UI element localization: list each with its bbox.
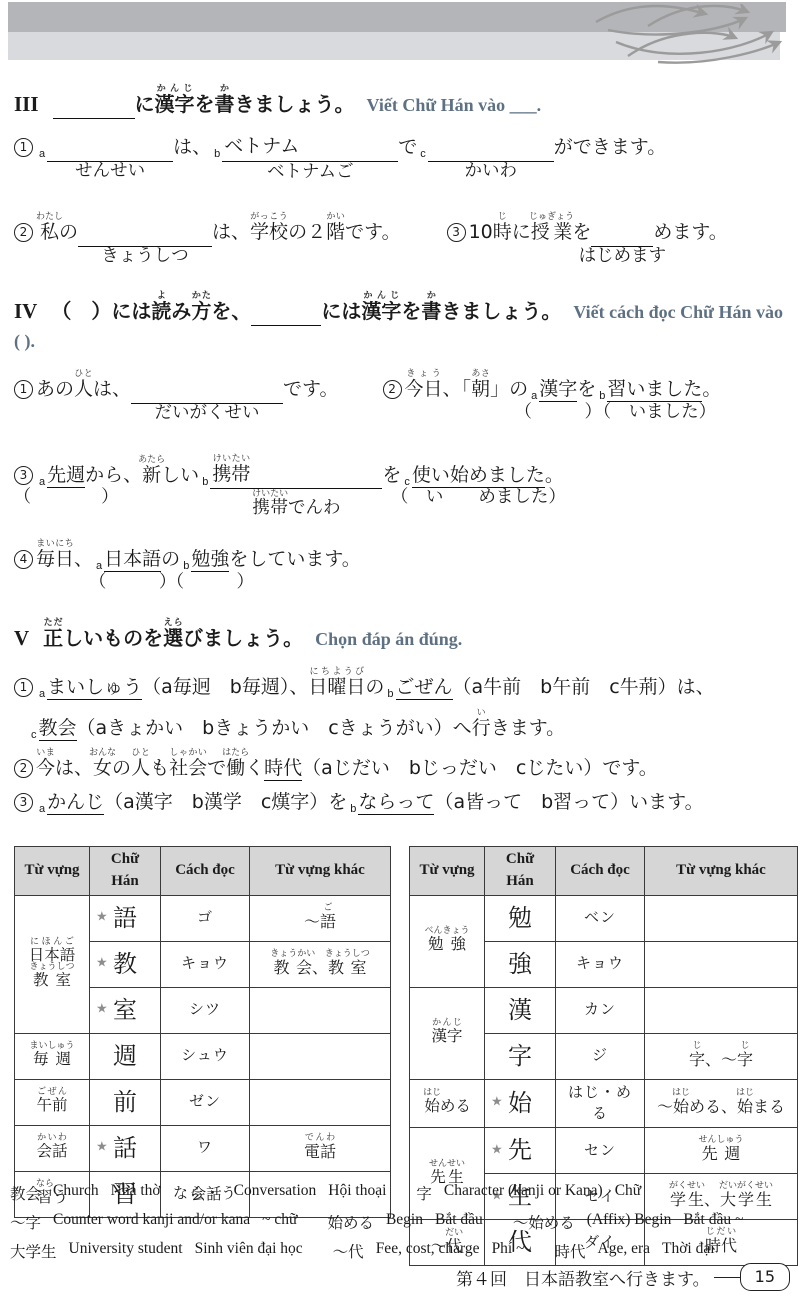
circled-number: 3 [14,466,33,485]
text-run: （ ）には [51,299,151,323]
table-row: 先生せんせい★先セン先週せんしゅう [410,1128,798,1174]
text-run: の [161,548,180,570]
reading-cell: ゴ [161,895,250,941]
text-run: 毎週まいしゅう [29,1050,74,1068]
text-run: ができます。 [554,136,666,158]
text-run: に [135,92,155,116]
exercise-5-item-1-line-2: c教会（aきょかい bきょうかい cきょうがい）へ行いきます。 [14,708,792,743]
text-run: 先週せんしゅう [698,1144,743,1163]
text-run: の２ [288,221,326,243]
answer-hint: （ い めました） [391,487,566,508]
other-words-cell [645,941,798,987]
text-run: 授業じゅぎょう [531,221,573,243]
glossary-gloss-en: Conversation [234,1182,317,1204]
glossary-gloss-en: Fee, cost, charge [376,1240,480,1262]
text-run: 読よ [151,299,171,323]
exercise-5-item-1-line-1: 1aまいしゅう（a毎迥 b毎週）、日曜日にちようびのbごぜん（a牛前 b午前 c… [14,667,792,702]
exercise-4-item-4: 4毎日まいにち、a日本語（ ）のb勉強（ ）をしています。 [14,539,792,574]
other-words-cell: ～語ご [250,895,391,941]
glossary-gloss-vi: ~ chữ [262,1211,297,1233]
text-run: 正ただ [43,626,63,650]
text-run: を、 [211,299,251,323]
glossary-term-jp: 教会 [10,1182,41,1204]
answer-hint: かいわ [465,161,518,182]
section-3-heading: IIIに漢字かんじを書かきましょう。Viết Chữ Hán vào ___. [14,84,792,119]
text-run: 学校がっこう [250,221,288,243]
word-cell: 勉強べんきょう [410,895,485,987]
table-row: 始はじめる★始はじ・める～始はじめる、始はじまる [410,1079,798,1128]
text-run: 教会きょうかい [270,958,312,977]
underlined-answer: 勉強（ ） [191,548,229,572]
text-run: 電話でんわ [304,1142,336,1161]
text-run: を [577,378,596,400]
vocab-table-left: Từ vựngChữ HánCách đọcTừ vựng khác日本語にほん… [14,846,391,1218]
other-words-cell [250,1079,391,1125]
text-run: 人ひと [74,378,93,400]
section-4-instruction-jp: （ ）には読よみ方かたを、には漢字かんじを書かきましょう。 [51,299,561,323]
star-icon: ★ [96,1139,108,1158]
other-words-cell [645,895,798,941]
text-run: から、 [85,464,142,486]
blank-line: はじめます [591,246,653,247]
page-footer: 第４回 日本語教室へ行きます。 15 [456,1263,790,1291]
reading-cell: ワ [161,1125,250,1171]
text-run: 教室きょうしつ [29,971,74,989]
glossary-gloss-vi: Chữ [615,1182,642,1204]
option-letter: a [39,148,45,160]
glossary-term-jp: ～始める [513,1211,575,1233]
text-run: を [572,221,591,243]
text-run: 朝あさ [471,378,490,400]
text-run: を [401,299,421,323]
option-letter: c [420,148,426,160]
star-icon: ★ [491,1094,503,1113]
circled-number: 1 [14,138,33,157]
reading-cell: セン [556,1128,645,1174]
kanji-cell: ★先 [485,1128,556,1174]
swoosh-arrows-icon [588,4,788,66]
answer-hint: （ ） [14,487,119,508]
text-run: まる [753,1097,785,1116]
star-icon: ★ [96,955,108,974]
text-run: 始はじ [423,1097,440,1115]
text-run: ～ [304,912,320,931]
kanji-cell: 強 [485,941,556,987]
text-run: しいものを [63,626,163,650]
glossary-entry: 大学生University studentSinh viên đại học [10,1240,303,1262]
blank-line: きょうしつ [78,246,212,247]
section-3-instruction-vi: Viết Chữ Hán vào ___. [367,95,542,115]
text-run: きましょう。 [235,92,355,116]
kanji-cell: ★話 [90,1125,161,1171]
text-run: の [365,676,384,698]
text-run: 今いま [36,757,55,779]
text-run: は、 [55,757,93,779]
option-letter: a [531,390,537,402]
table-header: Chữ Hán [90,847,161,896]
text-run: （aきょかい bきょうかい cきょうがい）へ [77,717,472,739]
word-cell: 午前ごぜん [15,1079,90,1125]
reading-cell: シュウ [161,1033,250,1079]
text-run: を [195,92,215,116]
text-run: は、 [173,136,211,158]
answer-hint: （ いました） [594,402,717,423]
text-run: 行い [472,717,491,739]
text-run: には [321,299,361,323]
text-run: 働はたら [226,757,245,779]
glossary-gloss-en: Counter word kanji and/or kana [53,1211,250,1233]
section-5-instruction-jp: 正ただしいものを選えらびましょう。 [43,626,303,650]
kanji-cell: 字 [485,1033,556,1079]
table-header: Từ vựng [15,847,90,896]
glossary-gloss-en: Begin [386,1211,423,1233]
other-words-cell: 電話でんわ [250,1125,391,1171]
circled-number: 1 [14,678,33,697]
blank-line [53,118,135,119]
option-letter: b [350,803,356,815]
underlined-answer: まいしゅう [47,676,142,700]
kanji-cell: 週 [90,1033,161,1079]
underlined-answer: 使い始めました（ い めました） [412,464,545,488]
glossary-term-jp: 大学生 [10,1240,57,1262]
underlined-answer: 先週（ ） [47,464,85,488]
blank-line: だいがくせい [131,403,283,404]
reading-cell: シツ [161,987,250,1033]
other-words-cell [250,987,391,1033]
text-run: 社会しゃかい [169,757,207,779]
answer-hint: きょうしつ [101,246,189,267]
text-run: 、「 [443,378,472,400]
text-run: を [382,464,401,486]
section-3-numeral: III [14,92,39,116]
glossary-entry: 時代Age, eraThời đại [555,1240,715,1262]
underlined-answer: 習いました（ いました） [607,378,702,402]
text-run: 時じ [493,221,512,243]
table-header: Cách đọc [556,847,645,896]
text-run: 私わたし [36,221,59,243]
page-number: 15 [740,1263,790,1291]
table-row: 日本語にほんご教室きょうしつ★語ゴ～語ご [15,895,391,941]
circled-number: 2 [14,759,33,778]
table-header: Chữ Hán [485,847,556,896]
text-run: める、 [689,1097,737,1116]
table-header: Từ vựng khác [250,847,391,896]
kanji-cell: ★教 [90,941,161,987]
text-run: に [512,221,531,243]
text-run: 始はじ [673,1097,689,1116]
glossary-entry: 会話ConversationHội thoại [191,1182,387,1204]
other-words-cell: ～始はじめる、始はじまる [645,1079,798,1128]
reading-cell: キョウ [556,941,645,987]
underlined-answer: 時代 [264,757,302,781]
circled-number: 3 [14,793,33,812]
glossary-gloss-en: Church [53,1182,99,1204]
option-letter: a [96,560,102,572]
text-run: 今日きょう [405,378,443,400]
underlined-answer: 日本語（ ） [104,548,161,572]
glossary-entry: ～代Fee, cost, chargePhí ~ [333,1240,525,1262]
glossary-gloss-vi: Phí ~ [492,1240,525,1262]
reading-cell: はじ・める [556,1079,645,1128]
section-5-heading: V正ただしいものを選えらびましょう。Chọn đáp án đúng. [14,618,792,653]
text-run: ～ [657,1097,673,1116]
word-cell: 始はじめる [410,1079,485,1128]
text-run: です。 [345,221,400,243]
glossary-gloss-vi: Thời đại [662,1240,715,1262]
text-run: 教室きょうしつ [328,958,370,977]
glossary: 教会ChurchNhà thờ会話ConversationHội thoại字C… [10,1182,792,1269]
text-run: （aじだい bじっだい cじたい）です。 [302,757,658,779]
answer-hint: （ ） [514,402,602,423]
section-4-heading: IV（ ）には読よみ方かたを、には漢字かんじを書かきましょう。Viết cách… [14,291,792,355]
blank-line [251,325,321,326]
exercise-4-item-3: 3a先週（ ）から、新あたらしいb携帯けいたい携帯けいたいでんわをc使い始めまし… [14,454,792,490]
text-run: 会話かいわ [36,1142,67,1160]
circled-number: 2 [14,223,33,242]
underlined-answer: ごぜん [396,676,453,700]
glossary-gloss-vi: Nhà thờ [111,1182,161,1204]
answer-hint: 携帯けいたいでんわ [252,489,340,519]
text-run: で [398,136,417,158]
glossary-term-jp: ～代 [333,1240,364,1262]
worksheet-content: IIIに漢字かんじを書かきましょう。Viết Chữ Hán vào ___. … [14,84,792,1266]
glossary-gloss-vi: Sinh viên đại học [195,1240,303,1262]
glossary-line: ～字Counter word kanji and/or kana~ chữ始める… [10,1211,792,1233]
text-run: める [440,1097,471,1115]
other-words-cell: 先週せんしゅう [645,1128,798,1174]
section-5-instruction-vi: Chọn đáp án đúng. [315,629,462,649]
text-run: 書か [215,92,235,116]
blank-line: ベトナムベトナムご [222,133,398,162]
blank-line: かいわ [428,161,554,162]
kanji-cell: 勉 [485,895,556,941]
exercise-5-item-2: 2今いまは、女おんなの人ひとも社会しゃかいで働はたらく時代（aじだい bじっだい… [14,748,792,783]
table-row: 勉強べんきょう勉ベン [410,895,798,941]
text-run: きましょう。 [441,299,561,323]
text-run: （a皆って b習って）います。 [434,791,703,813]
option-letter: b [599,390,605,402]
table-header: Từ vựng khác [645,847,798,896]
text-run: 、～ [705,1050,737,1069]
footer-lesson-title: 第４回 日本語教室へ行きます。 [456,1265,710,1290]
answer-hint: だいがくせい [155,403,260,424]
glossary-entry: 教会ChurchNhà thờ [10,1182,161,1204]
vocab-table: Từ vựngChữ HánCách đọcTừ vựng khác日本語にほん… [14,846,391,1218]
glossary-entry: 字Character (kanji or Kana)Chữ [416,1182,641,1204]
option-letter: b [183,560,189,572]
text-run: 勉強べんきょう [424,935,469,953]
word-cell: 毎週まいしゅう [15,1033,90,1079]
reading-cell: ベン [556,895,645,941]
text-run: 。 [545,464,564,486]
glossary-gloss-en: University student [69,1240,183,1262]
circled-number: 3 [447,223,466,242]
text-run: は、 [212,221,250,243]
glossary-line: 大学生University studentSinh viên đại học～代… [10,1240,792,1262]
glossary-gloss-vi: Hội thoại [328,1182,386,1204]
option-letter: b [387,688,393,700]
table-row: 会話かいわ★話ワ電話でんわ [15,1125,391,1171]
answer-hint: せんせい [75,161,145,182]
text-run: の [59,221,78,243]
text-run: 語ご [320,912,336,931]
text-run: み [171,299,191,323]
answer-hint: （ ） [89,572,177,593]
table-row: 午前ごぜん前ゼン [15,1079,391,1125]
reading-cell: ジ [556,1033,645,1079]
text-run: 漢字かんじ [361,299,401,323]
option-letter: c [31,729,37,741]
section-3-instruction-jp: に漢字かんじを書かきましょう。 [53,92,355,116]
text-run: （a牛前 b午前 c牛荊）は、 [453,676,715,698]
glossary-term-jp: ～字 [10,1211,41,1233]
exercise-5-item-3: 3aかんじ（a漢字 b漢学 c熯字）をbならって（a皆って b習って）います。 [14,789,792,817]
word-cell: 日本語にほんご教室きょうしつ [15,895,90,1033]
circled-number: 4 [14,550,33,569]
glossary-line: 教会ChurchNhà thờ会話ConversationHội thoại字C… [10,1182,792,1204]
footer-dash [714,1277,740,1278]
text-run: でんわ [288,498,341,518]
text-run: びましょう。 [183,626,303,650]
text-run: の [112,757,131,779]
glossary-gloss-vi: Bắt đầu ~ [683,1211,743,1233]
underlined-answer: 漢字（ ） [539,378,577,402]
underlined-answer: ならって [358,791,434,815]
text-run: 毎日まいにち [36,548,74,570]
glossary-term-jp: 時代 [555,1240,586,1262]
option-letter: b [202,476,208,488]
text-run: 選えら [163,626,183,650]
text-run: 書か [421,299,441,323]
option-letter: c [404,476,410,488]
exercise-3-item-2: 2私わたしのきょうしつは、学校がっこうの２階かいです。310時じに授業じゅぎょう… [14,212,792,247]
option-letter: a [39,688,45,700]
text-run: 10 [469,221,493,243]
reading-cell: キョウ [161,941,250,987]
glossary-gloss-en: Age, era [598,1240,651,1262]
answer-hint: ベトナムご [267,162,354,183]
glossary-term-jp: 始める [327,1211,374,1233]
option-letter: a [39,803,45,815]
answer-hint: （ ） [167,572,255,593]
blank-line: 携帯けいたい携帯けいたいでんわ [210,454,382,490]
option-letter: a [39,476,45,488]
table-header: Từ vựng [410,847,485,896]
text-run: も [150,757,169,779]
glossary-gloss-en: Character (kanji or Kana) [444,1182,603,1204]
text-run: （a漢字 b漢学 c熯字）を [104,791,347,813]
circled-number: 1 [14,380,33,399]
underlined-answer: 教会 [39,717,77,741]
text-run: 、 [74,548,93,570]
text-run: 日曜日にちようび [308,676,365,698]
star-icon: ★ [96,1001,108,1020]
other-words-cell: 教会きょうかい、教室きょうしつ [250,941,391,987]
text-run: あの [36,378,74,400]
answer-hint: はじめます [579,246,667,267]
option-letter: b [214,148,220,160]
text-run: 新あたら [142,464,161,486]
glossary-entry: ～字Counter word kanji and/or kana~ chữ [10,1211,297,1233]
table-row: 漢字かんじ漢カン [410,987,798,1033]
underlined-answer: かんじ [47,791,104,815]
text-run: 人ひと [131,757,150,779]
glossary-term-jp: 会話 [191,1182,222,1204]
other-words-cell [645,987,798,1033]
glossary-term-jp: 字 [416,1182,432,1204]
text-run: 方かた [191,299,211,323]
reading-cell: カン [556,987,645,1033]
glossary-entry: 始めるBeginBắt đầu [327,1211,482,1233]
circled-number: 2 [383,380,402,399]
glossary-gloss-vi: Bắt đầu [435,1211,483,1233]
text-run: 女おんな [93,757,112,779]
table-row: 毎週まいしゅう週シュウ [15,1033,391,1079]
kanji-cell: ★始 [485,1079,556,1128]
text-run: 階かい [326,221,345,243]
text-run: 漢字かんじ [431,1027,462,1045]
text-run: 漢字かんじ [155,92,195,116]
kanji-cell: ★語 [90,895,161,941]
text-run: をしています。 [229,548,360,570]
text-run: きます。 [491,717,565,739]
other-words-cell: 字じ、～字じ [645,1033,798,1079]
table-header: Cách đọc [161,847,250,896]
text-run: 携帯けいたい [252,498,288,518]
text-run: めます。 [653,221,727,243]
star-icon: ★ [96,909,108,928]
text-run: です。 [283,378,338,400]
kanji-cell: 漢 [485,987,556,1033]
word-cell: 漢字かんじ [410,987,485,1079]
text-run: く [245,757,264,779]
kanji-cell: 前 [90,1079,161,1125]
text-run: は、 [93,378,131,400]
text-run: しい [161,464,199,486]
section-4-numeral: IV [14,299,37,323]
kanji-cell: ★室 [90,987,161,1033]
text-run: 。 [702,378,721,400]
text-run: 字じ [689,1050,705,1069]
exercise-4-item-1: 1あの人ひとは、だいがくせいです。2今日きょう、「朝あさ」のa漢字（ ）をb習い… [14,369,792,404]
text-run: （a毎迥 b毎週）、 [142,676,308,698]
blank-line: せんせい [47,161,173,162]
other-words-cell [250,1033,391,1079]
text-run: 午前ごぜん [36,1096,67,1114]
exercise-3-item-1: 1aせんせいは、bベトナムベトナムごでcかいわができます。 [14,133,792,162]
glossary-entry: ～始める(Affix) BeginBắt đầu ~ [513,1211,744,1233]
section-5-numeral: V [14,626,29,650]
star-icon: ★ [491,1141,503,1160]
glossary-gloss-en: (Affix) Begin [587,1211,672,1233]
text-run: 字じ [737,1050,753,1069]
reading-cell: ゼン [161,1079,250,1125]
word-cell: 会話かいわ [15,1125,90,1171]
text-run: 」の [490,378,528,400]
text-run: 始はじ [737,1097,753,1116]
